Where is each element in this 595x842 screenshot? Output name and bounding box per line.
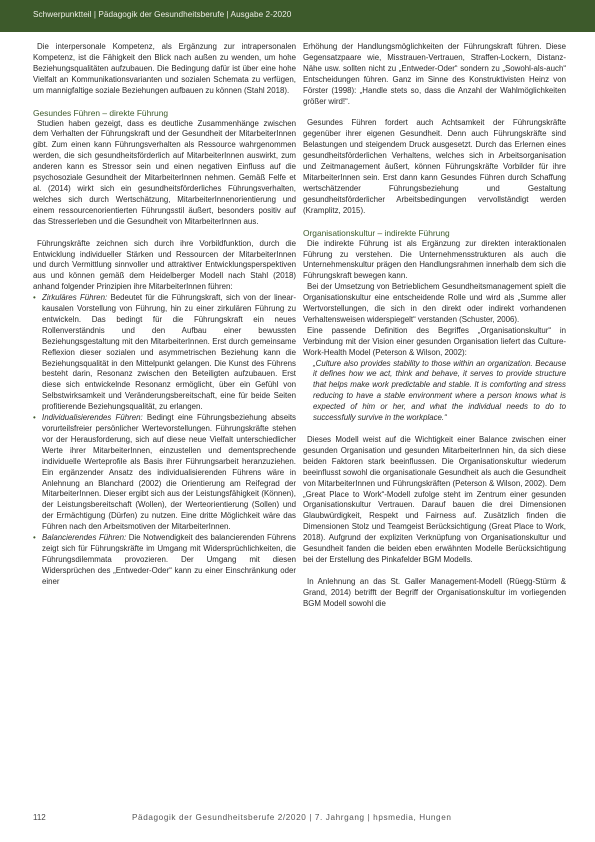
body-paragraph: In Anlehnung an das St. Galler Managemen…: [303, 577, 566, 610]
list-item: Balancierendes Führen: Die Notwendigkeit…: [42, 533, 296, 588]
list-item-term: Individualisierendes Führen:: [42, 413, 143, 422]
section-heading-organisational-culture: Organisationskultur – indirekte Führung: [303, 228, 566, 239]
list-item-text: Bedingt eine Führungsbeziehung abseits v…: [42, 413, 296, 531]
principles-list: Zirkuläres Führen: Bedeutet für die Führ…: [33, 293, 296, 587]
list-item: Zirkuläres Führen: Bedeutet für die Führ…: [42, 293, 296, 413]
list-item-term: Zirkuläres Führen:: [42, 293, 107, 302]
left-column: Die interpersonale Kompetenz, als Ergänz…: [33, 42, 296, 588]
section-heading-direct-leadership: Gesundes Führen – direkte Führung: [33, 108, 296, 119]
right-column: Erhöhung der Handlungsmöglichkeiten der …: [303, 42, 566, 610]
continuation-paragraph: Erhöhung der Handlungsmöglichkeiten der …: [303, 42, 566, 107]
intro-paragraph: Die interpersonale Kompetenz, als Ergänz…: [33, 42, 296, 97]
body-paragraph: Gesundes Führen fordert auch Achtsamkeit…: [303, 118, 566, 216]
page-number: 112: [33, 813, 46, 822]
footer-journal-info: Pädagogik der Gesundheitsberufe 2/2020 |…: [132, 813, 452, 822]
running-header-text: Schwerpunktteil | Pädagogik der Gesundhe…: [33, 10, 291, 19]
list-item-text: Bedeutet für die Führungskraft, sich von…: [42, 293, 296, 411]
block-quote: „Culture also provides stability to thos…: [313, 359, 566, 424]
list-item-term: Balancierendes Führen:: [42, 533, 126, 542]
body-paragraph: Die indirekte Führung ist als Ergänzung …: [303, 239, 566, 283]
body-paragraph: Bei der Umsetzung von Betrieblichem Gesu…: [303, 282, 566, 326]
running-header-bar: Schwerpunktteil | Pädagogik der Gesundhe…: [0, 0, 595, 32]
body-paragraph: Studien haben gezeigt, dass es deutliche…: [33, 119, 296, 228]
body-paragraph: Eine passende Definition des Begriffes „…: [303, 326, 566, 359]
list-item: Individualisierendes Führen: Bedingt ein…: [42, 413, 296, 533]
body-paragraph: Dieses Modell weist auf die Wichtigkeit …: [303, 435, 566, 566]
body-paragraph: Führungskräfte zeichnen sich durch ihre …: [33, 239, 296, 294]
